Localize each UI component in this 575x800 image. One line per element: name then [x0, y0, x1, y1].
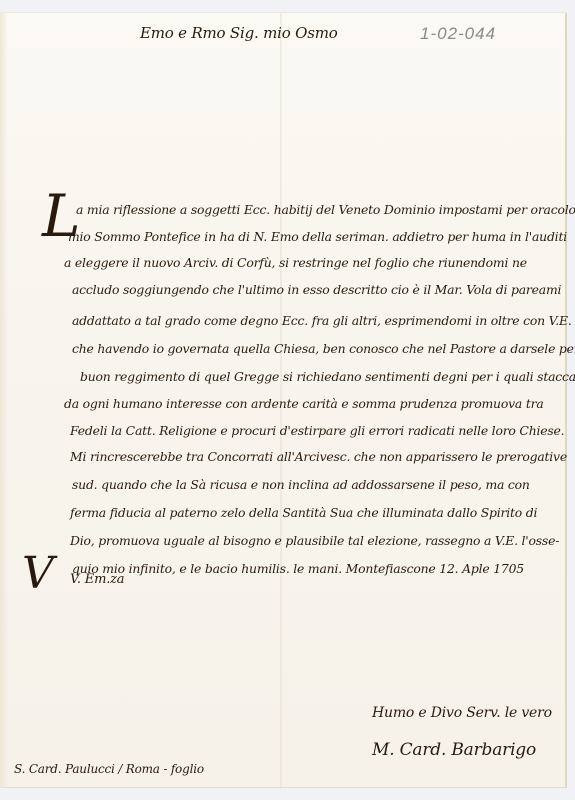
body-line: che havendo io governata quella Chiesa, …: [72, 341, 575, 356]
body-line: buon reggimento di quel Gregge si richie…: [80, 369, 575, 384]
addressee-note: S. Card. Paulucci / Roma - foglio: [14, 762, 204, 776]
closing-flourish: V: [22, 548, 54, 599]
body-line: quio mio infinito, e le bacio humilis. l…: [72, 561, 524, 576]
body-line: mio Sommo Pontefice in ha di N. Emo dell…: [68, 229, 567, 244]
body-line: Dio, promuova uguale al bisogno e plausi…: [70, 533, 559, 548]
body-line: a mia riflessione a soggetti Ecc. habiti…: [76, 202, 575, 217]
archive-number: 1-02-044: [420, 24, 496, 44]
body-line: Fedeli la Catt. Religione e procuri d'es…: [70, 423, 564, 438]
body-line: accludo soggiungendo che l'ultimo in ess…: [72, 282, 561, 297]
body-line: a eleggere il nuovo Arciv. di Corfù, si …: [64, 255, 527, 270]
closing-abbreviation: V. Em.za: [70, 572, 124, 587]
body-line: addattato a tal grado come degno Ecc. fr…: [72, 313, 572, 328]
body-line: da ogni humano interesse con ardente car…: [64, 396, 544, 411]
body-line: Mi rincrescerebbe tra Concorrati all'Arc…: [70, 449, 567, 464]
body-line: sud. quando che la Sà ricusa e non incli…: [72, 477, 530, 492]
salutation: Emo e Rmo Sig. mio Osmo: [140, 24, 338, 42]
signature-name: M. Card. Barbarigo: [372, 740, 536, 760]
signature-courtesy-line: Humo e Divo Serv. le vero: [372, 705, 552, 721]
body-line: ferma fiducia al paterno zelo della Sant…: [70, 505, 537, 520]
